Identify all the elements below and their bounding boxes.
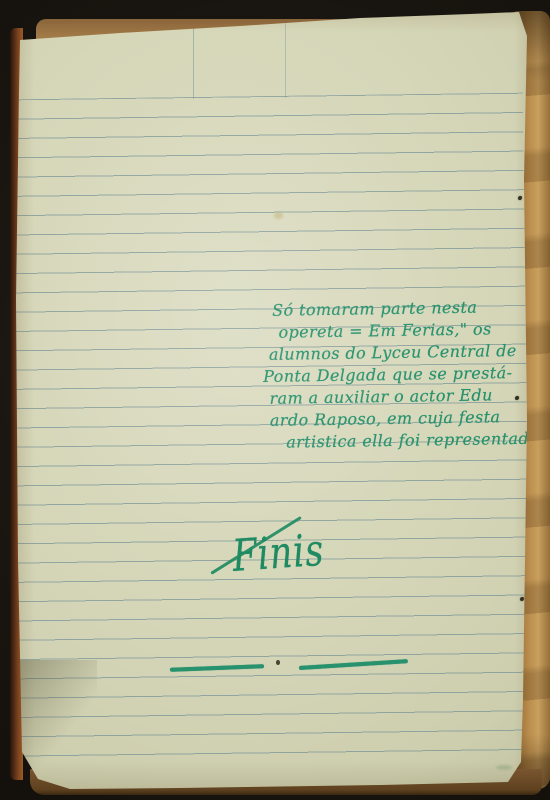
handwriting-line: artistica ella foi representada. xyxy=(286,428,545,454)
scan-backdrop: { "manuscript": { "text_lines": [ "Só to… xyxy=(0,0,550,800)
corner-fold-shadow xyxy=(19,660,97,780)
header-vertical-rule xyxy=(193,28,194,99)
manuscript-page: Só tomaram parte nesta opereta = Em Feri… xyxy=(14,8,530,792)
handwritten-paragraph: Só tomaram parte nesta opereta = Em Feri… xyxy=(262,296,545,454)
paper-stain xyxy=(274,212,283,219)
header-vertical-rule xyxy=(285,22,286,98)
end-ink-dot xyxy=(276,660,280,665)
green-ink-smudge xyxy=(496,765,512,770)
finis-word: Finis xyxy=(231,529,326,579)
handwriting-line: Ponta Delgada que se prestá- xyxy=(263,362,544,388)
